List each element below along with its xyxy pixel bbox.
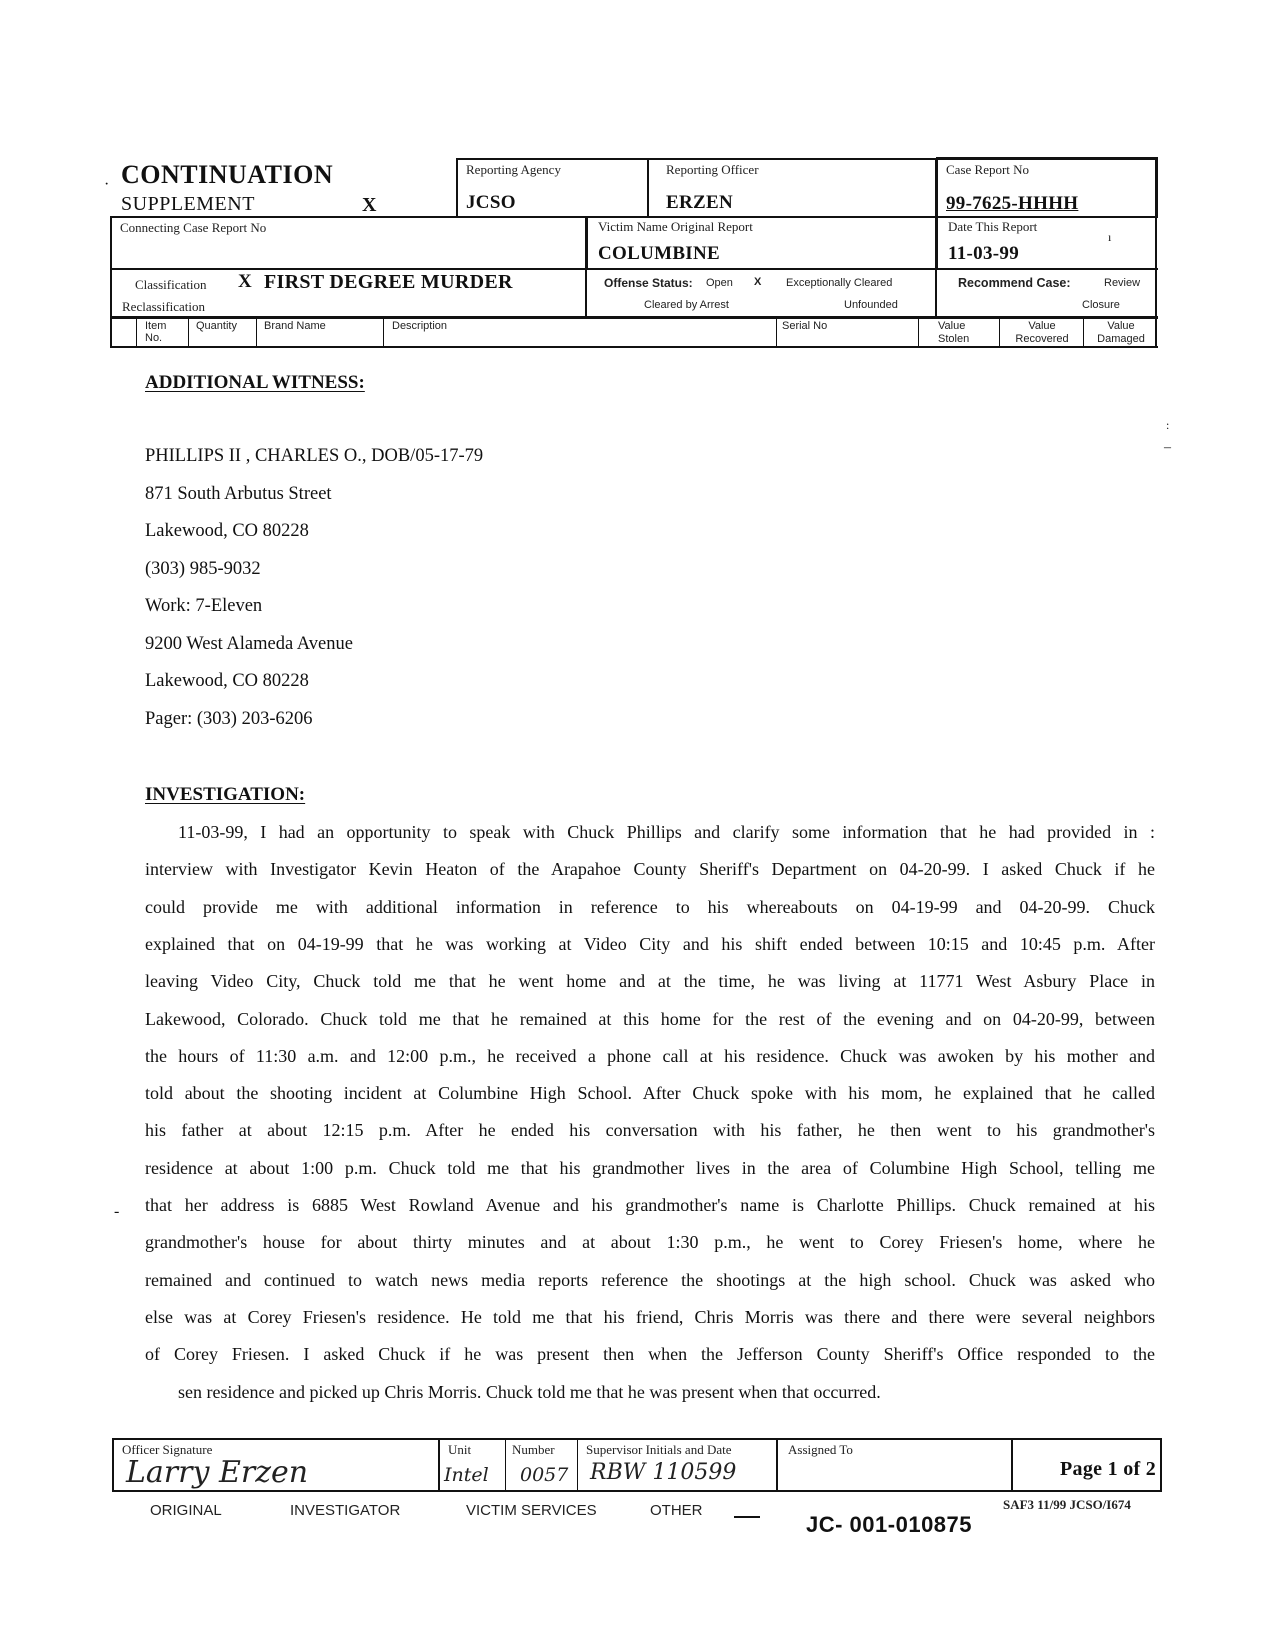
number-value: 0057 — [520, 1464, 568, 1486]
narrative-line: told about the shooting incident at Colu… — [145, 1083, 1155, 1104]
recommend-case-label: Recommend Case: — [958, 276, 1071, 290]
reporting-agency-label: Reporting Agency — [466, 162, 561, 178]
unit-label: Unit — [448, 1442, 471, 1458]
case-report-no-label: Case Report No — [946, 162, 1029, 178]
narrative-line: the hours of 11:30 a.m. and 12:00 p.m., … — [145, 1046, 1155, 1067]
offense-status-label: Offense Status: — [604, 276, 693, 290]
witness-work-street: 9200 West Alameda Avenue — [145, 634, 353, 655]
witness-phone: (303) 985-9032 — [145, 559, 261, 580]
col-value-damaged: Value Damaged — [1090, 320, 1152, 346]
unit-value: Intel — [444, 1464, 489, 1486]
narrative-line: residence at about 1:00 p.m. Chuck told … — [145, 1158, 1155, 1179]
victim-name-value: COLUMBINE — [598, 243, 720, 265]
supervisor-label: Supervisor Initials and Date — [586, 1442, 732, 1458]
recommend-case-review: Review — [1104, 277, 1140, 289]
narrative-line: of Corey Friesen. I asked Chuck if he wa… — [145, 1344, 1155, 1365]
number-label: Number — [512, 1442, 555, 1458]
reporting-officer-label: Reporting Officer — [666, 162, 759, 178]
reporting-agency-value: JCSO — [466, 192, 516, 214]
victim-name-label: Victim Name Original Report — [598, 219, 753, 235]
reclassification-label: Reclassification — [122, 299, 205, 315]
col-serial-no: Serial No — [782, 320, 827, 332]
narrative-line: leaving Video City, Chuck told me that h… — [145, 971, 1155, 992]
form-code: SAF3 11/99 JCSO/I674 — [1003, 1497, 1131, 1513]
distribution-investigator: INVESTIGATOR — [290, 1502, 400, 1519]
narrative-line: sen residence and picked up Chris Morris… — [178, 1382, 1155, 1403]
offense-status-open: Open — [706, 277, 733, 289]
classification-label: Classification — [135, 277, 207, 293]
assigned-to-label: Assigned To — [788, 1442, 853, 1458]
date-this-report-label: Date This Report — [948, 219, 1037, 235]
col-value-recovered: Value Recovered — [1004, 320, 1080, 346]
narrative-line: interview with Investigator Kevin Heaton… — [145, 859, 1155, 880]
classification-checkmark: X — [238, 271, 252, 293]
witness-name: PHILLIPS II , CHARLES O., DOB/05-17-79 — [145, 446, 483, 467]
supervisor-value: RBW 110599 — [590, 1460, 736, 1485]
supplement-checkmark: X — [362, 194, 377, 217]
page-number: Page 1 of 2 — [1060, 1458, 1156, 1481]
distribution-victim-services: VICTIM SERVICES — [466, 1502, 597, 1519]
offense-status-cleared-by-arrest: Cleared by Arrest — [644, 299, 729, 311]
case-report-no-value: 99-7625-HHHH — [946, 193, 1078, 215]
reporting-officer-value: ERZEN — [666, 192, 733, 214]
stray-mark: · — [104, 176, 109, 194]
witness-address-city: Lakewood, CO 80228 — [145, 521, 309, 542]
tick-mark: ı — [1108, 230, 1111, 245]
narrative-line: explained that on 04-19-99 that he was w… — [145, 934, 1155, 955]
bates-number: JC- 001-010875 — [806, 1512, 972, 1538]
col-value-stolen: Value Stolen — [938, 320, 982, 346]
officer-signature: Larry Erzen — [126, 1455, 308, 1490]
connecting-case-label: Connecting Case Report No — [120, 220, 266, 236]
witness-work: Work: 7-Eleven — [145, 596, 262, 617]
form-subtitle: SUPPLEMENT — [121, 193, 255, 216]
margin-mark: - — [114, 1203, 119, 1221]
distribution-original: ORIGINAL — [150, 1502, 222, 1519]
narrative-line: Lakewood, Colorado. Chuck told me that h… — [145, 1009, 1155, 1030]
margin-mark: – — [1164, 440, 1171, 456]
witness-address-street: 871 South Arbutus Street — [145, 484, 332, 505]
narrative-line: that her address is 6885 West Rowland Av… — [145, 1195, 1155, 1216]
narrative-line: 11-03-99, I had an opportunity to speak … — [178, 822, 1155, 843]
col-quantity: Quantity — [196, 320, 237, 332]
additional-witness-heading: ADDITIONAL WITNESS: — [145, 372, 365, 394]
offense-status-exceptionally-cleared: Exceptionally Cleared — [786, 277, 892, 289]
offense-status-unfounded: Unfounded — [844, 299, 898, 311]
distribution-other: OTHER — [650, 1502, 703, 1519]
narrative-line: his father at about 12:15 p.m. After he … — [145, 1120, 1155, 1141]
witness-pager: Pager: (303) 203-6206 — [145, 709, 313, 730]
col-description: Description — [392, 320, 447, 332]
narrative-line: grandmother's house for about thirty min… — [145, 1232, 1155, 1253]
narrative-line: else was at Corey Friesen's residence. H… — [145, 1307, 1155, 1328]
col-item-no: Item No. — [145, 320, 181, 344]
investigation-heading: INVESTIGATION: — [145, 784, 305, 806]
recommend-case-closure: Closure — [1082, 299, 1120, 311]
margin-mark: : — [1166, 418, 1169, 433]
date-this-report-value: 11-03-99 — [948, 243, 1019, 265]
narrative-line: could provide me with additional informa… — [145, 897, 1155, 918]
col-brand-name: Brand Name — [264, 320, 326, 332]
classification-value: FIRST DEGREE MURDER — [264, 271, 513, 294]
witness-work-city: Lakewood, CO 80228 — [145, 671, 309, 692]
offense-status-checkmark: X — [754, 276, 761, 288]
narrative-line: remained and continued to watch news med… — [145, 1270, 1155, 1291]
form-title: CONTINUATION — [121, 160, 333, 190]
